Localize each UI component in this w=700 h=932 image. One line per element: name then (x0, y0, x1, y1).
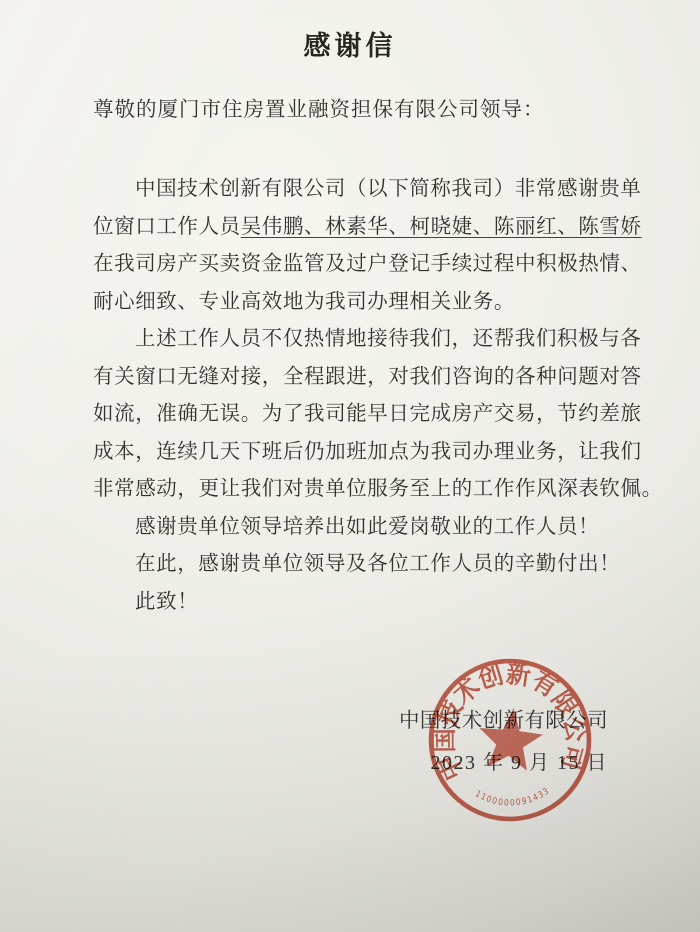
body-line: 有关窗口无缝对接，全程跟进，对我们咨询的各种问题对答 (93, 359, 645, 397)
letter-photo: 感谢信 尊敬的厦门市住房置业融资担保有限公司领导： 中国技术创新有限公司（以下简… (0, 0, 700, 932)
letter-body: 中国技术创新有限公司（以下简称我司）非常感谢贵单 位窗口工作人员吴伟鹏、林素华、… (93, 171, 645, 621)
body-line-text: 位窗口工作人员 (93, 216, 241, 238)
body-line: 在我司房产买卖资金监管及过户登记手续过程中积极热情、 (93, 246, 645, 284)
body-line: 感谢贵单位领导培养出如此爱岗敬业的工作人员！ (93, 509, 645, 547)
star-icon (476, 705, 546, 772)
company-seal-stamp: 中国技术创新有限公司 1100000091433 (420, 649, 599, 830)
body-line: 成本，连续几天下班后仍加班加点为我司办理业务，让我们 (93, 434, 645, 472)
body-line: 此致！ (93, 584, 645, 622)
seal-serial-number: 1100000091433 (473, 784, 553, 811)
body-line: 非常感动，更让我们对贵单位服务至上的工作作风深表钦佩。 (93, 471, 645, 509)
body-line: 耐心细致、专业高效地为我司办理相关业务。 (93, 284, 645, 322)
body-line: 上述工作人员不仅热情地接待我们，还帮我们积极与各 (93, 321, 645, 359)
body-line: 在此，感谢贵单位领导及各位工作人员的辛勤付出！ (93, 546, 645, 584)
salutation: 尊敬的厦门市住房置业融资担保有限公司领导： (93, 92, 545, 122)
body-line: 位窗口工作人员吴伟鹏、林素华、柯晓婕、陈丽红、陈雪娇 (93, 209, 645, 247)
body-line: 如流，准确无误。为了我司能早日完成房产交易，节约差旅 (93, 396, 645, 434)
body-line: 中国技术创新有限公司（以下简称我司）非常感谢贵单 (93, 171, 645, 209)
underlined-staff-names: 吴伟鹏、林素华、柯晓婕、陈丽红、陈雪娇 (241, 216, 642, 238)
letter-title: 感谢信 (0, 24, 700, 63)
